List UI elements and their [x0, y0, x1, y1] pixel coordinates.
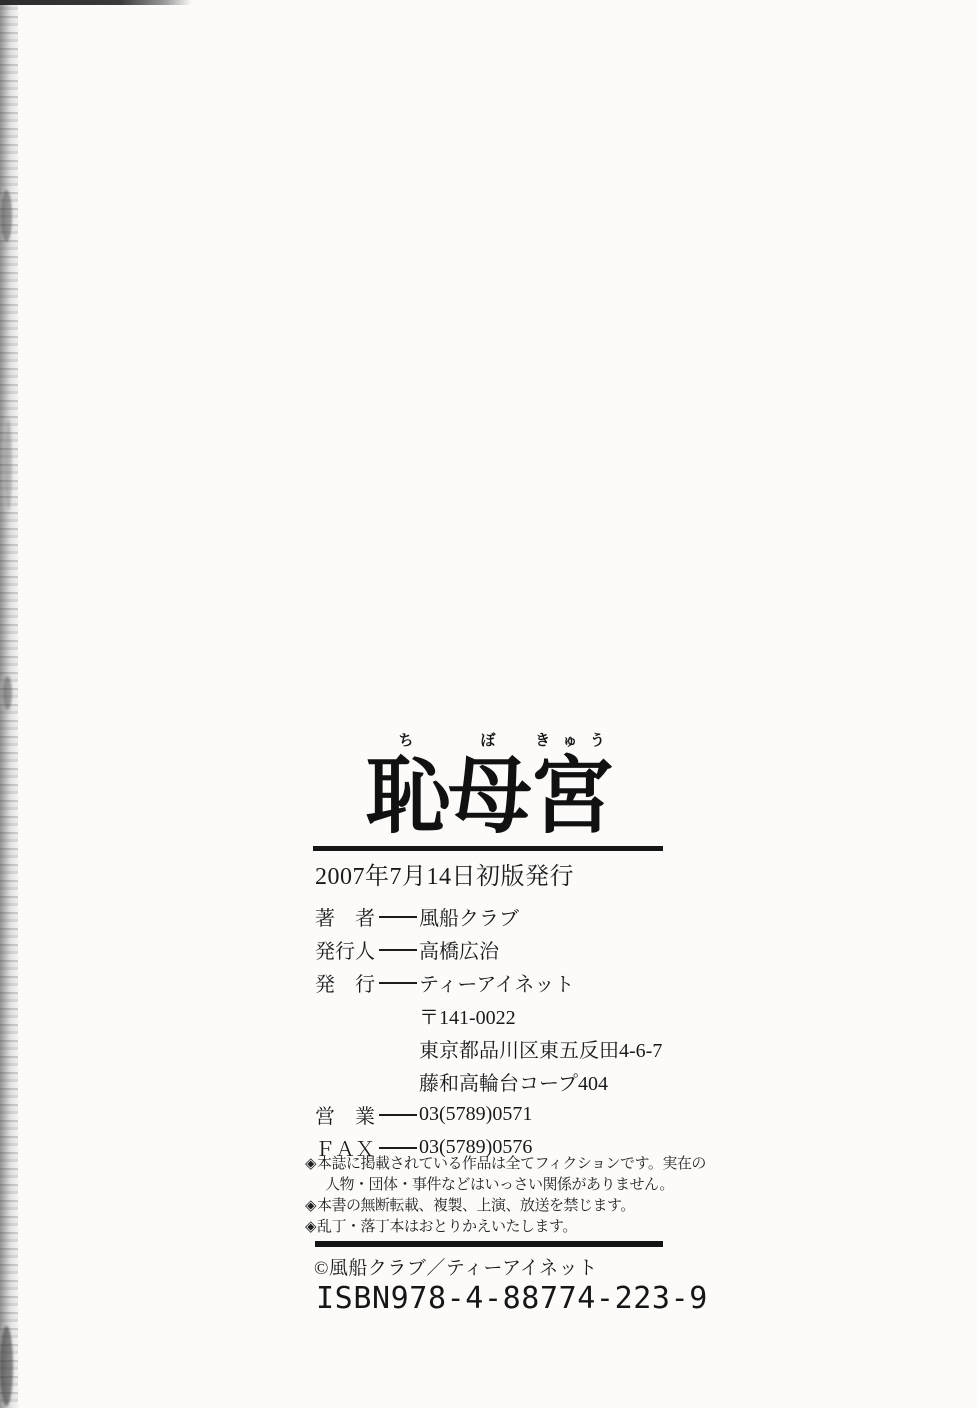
book-title: 恥ち母ぼ宮きゅう: [313, 732, 665, 838]
notice-fiction-cont: 人物・団体・事件などはいっさい関係がありません。: [305, 1175, 705, 1196]
title-char-3: 宮きゅう: [530, 749, 612, 843]
notice-fiction: ◈本誌に掲載されている作品は全てフィクションです。実在の: [305, 1154, 705, 1175]
row-value: 〒141-0022: [419, 1001, 516, 1030]
diamond-bullet-icon: ◈: [305, 1156, 316, 1172]
scanned-colophon-page: 恥ち母ぼ宮きゅう 2007年7月14日初版発行 著 者 風船クラブ 発行人 高橋…: [0, 0, 977, 1408]
row-dash: [379, 916, 417, 918]
row-author: 著 者 風船クラブ: [315, 900, 735, 933]
row-address-1: 東京都品川区東五反田4-6-7: [315, 1032, 735, 1065]
row-dash: [379, 1114, 417, 1116]
scan-smudge: [3, 676, 12, 710]
notice-defective-copies: ◈乱丁・落丁本はおとりかえいたします。: [305, 1217, 705, 1238]
row-dash: [379, 1147, 417, 1149]
row-postal-code: 〒141-0022: [315, 999, 735, 1032]
furigana: きゅう: [530, 732, 612, 749]
row-value: ティーアイネット: [419, 968, 574, 997]
publication-info: 著 者 風船クラブ 発行人 高橋広治 発 行 ティーアイネット 〒141-002…: [315, 900, 735, 1164]
row-value: 03(5789)0571: [419, 1103, 532, 1126]
bottom-rule: [315, 1241, 663, 1247]
furigana: ち: [366, 732, 448, 749]
isbn-number: ISBN978-4-88774-223-9: [316, 1281, 708, 1316]
row-label: 営 業: [315, 1100, 377, 1129]
title-char-1: 恥ち: [366, 749, 448, 843]
notice-text: 本誌に掲載されている作品は全てフィクションです。実在の: [317, 1156, 706, 1172]
row-dash: [379, 949, 417, 951]
title-char-2: 母ぼ: [448, 749, 530, 843]
row-value: 藤和高輪台コープ404: [419, 1067, 608, 1096]
row-publisher: 発 行 ティーアイネット: [315, 966, 735, 999]
scan-smudge: [0, 1326, 13, 1406]
row-address-2: 藤和高輪台コープ404: [315, 1065, 735, 1098]
row-label: 著 者: [315, 902, 377, 931]
row-label: 発 行: [315, 968, 377, 997]
row-dash: [379, 982, 417, 984]
edition-date: 2007年7月14日初版発行: [315, 856, 574, 891]
notice-no-reproduction: ◈本書の無断転載、複製、上演、放送を禁じます。: [305, 1196, 705, 1217]
row-value: 高橋広治: [419, 935, 499, 964]
diamond-bullet-icon: ◈: [305, 1198, 316, 1214]
scan-edge-top: [0, 0, 192, 5]
row-publisher-person: 発行人 高橋広治: [315, 933, 735, 966]
diamond-bullet-icon: ◈: [305, 1219, 316, 1235]
notice-text: 人物・団体・事件などはいっさい関係がありません。: [325, 1177, 674, 1193]
copyright-line: ©風船クラブ／ティーアイネット: [314, 1253, 598, 1280]
notice-text: 乱丁・落丁本はおとりかえいたします。: [317, 1219, 577, 1235]
legal-notices: ◈本誌に掲載されている作品は全てフィクションです。実在の 人物・団体・事件などは…: [305, 1154, 705, 1238]
row-label: 発行人: [315, 935, 377, 964]
row-value: 風船クラブ: [419, 902, 519, 931]
furigana: ぼ: [448, 732, 530, 749]
row-sales-phone: 営 業 03(5789)0571: [315, 1098, 735, 1131]
row-value: 東京都品川区東五反田4-6-7: [419, 1034, 662, 1063]
notice-text: 本書の無断転載、複製、上演、放送を禁じます。: [317, 1198, 635, 1214]
scan-smudge: [1, 190, 12, 242]
title-underline-rule: [313, 846, 663, 851]
scan-smudge: [5, 420, 12, 510]
